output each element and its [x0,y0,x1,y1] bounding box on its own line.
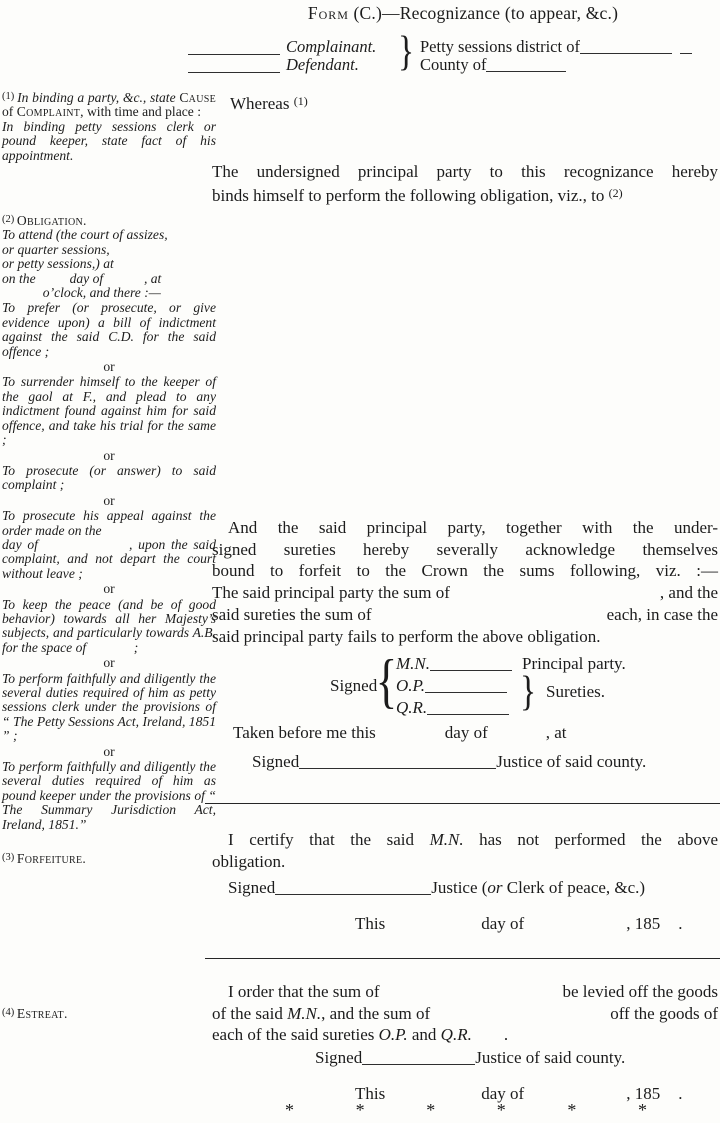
signature-block: Signed { M.N.Principal party. O.P. Q.R. … [212,654,718,724]
note-caps: Complaint [17,104,80,119]
complainant-label: Complainant. [286,37,376,57]
footnote-ref-4: (4) [2,1007,17,1018]
justice-label: Justice of said county. [475,1048,625,1067]
margin-note-estreat: (4) Estreat. [2,1006,216,1021]
year-text: , 185 [626,914,660,933]
sureties-label: Sureties. [546,682,605,702]
blank-line [486,59,566,72]
justice-label: Justice of said county. [496,752,646,771]
period-text: . [678,1084,682,1103]
surety-initials: Q.R. [441,1025,472,1044]
paragraph-text: each of the said sureties [212,1025,379,1044]
margin-note-forfeiture: (3) Forfeiture. [2,851,216,866]
right-brace-icon: } [398,28,414,76]
paragraph-text: of the said [212,1004,287,1023]
margin-note-item: To perform faithfully and diligently the… [2,672,216,744]
margin-note-item: To surrender himself to the keeper of th… [2,375,216,447]
paragraph-text: binds himself to perform the following o… [212,186,609,205]
signed-label: Signed [315,1048,362,1067]
paragraph-line: And the said principal party, together w… [212,517,718,539]
whereas-line: Whereas (1) [212,91,720,115]
paragraph-text: be levied off the goods [563,981,718,1003]
blank-line [425,680,507,693]
section-divider [205,958,720,959]
or-separator: or [2,449,216,463]
certify-paragraph: I certify that the said M.N. has not per… [212,829,718,872]
period-text: . [504,1025,508,1044]
blank-line [275,882,431,895]
blank-line [580,41,672,54]
paragraph-line: I certify that the said M.N. has not per… [212,829,718,851]
paragraph-text: each, in case the [607,604,718,626]
note-text: , with time and place : [80,104,201,119]
left-brace-icon: { [376,647,398,716]
margin-note-cause: (1) In binding a party, &c., state Cause… [2,90,216,163]
estreat-paragraph: I order that the sum ofbe levied off the… [212,981,718,1046]
margin-note-item: To prefer (or prosecute, or give evidenc… [2,301,216,359]
paragraph-line: The undersigned principal party to this … [212,161,718,183]
form-title-rest: (C.)—Recognizance (to appear, &c.) [349,3,618,23]
paragraph-text: I certify that the said [228,830,430,849]
surety-initials: O.P. [379,1025,408,1044]
or-separator: or [2,494,216,508]
period-text: . [678,914,682,933]
blank-line [430,658,512,671]
note-text: In binding petty sessions clerk or pound… [2,120,216,163]
footnote-ref-2: (2) [2,214,17,225]
paragraph-line: The said principal party the sum of, and… [212,582,718,604]
surety-initials: Q.R. [396,698,427,717]
paragraph-line: each of the said sureties O.P. and Q.R.. [212,1024,718,1046]
paragraph-text: The said principal party the sum of [212,582,450,604]
signed-clerk-line: SignedJustice (or Clerk of peace, &c.) [212,877,720,899]
paragraph-line: of the said M.N., and the sum ofoff the … [212,1003,718,1025]
asterisk-glyph: * [497,1100,506,1121]
or-separator: or [2,360,216,374]
obligation-paragraph: The undersigned principal party to this … [212,161,718,206]
day-of-text: day of [445,723,488,742]
signed-label: Signed [228,878,275,897]
section-divider [205,803,720,804]
footnote-ref-2: (2) [609,186,623,200]
margin-note-line: o’clock, and there :— [2,286,216,300]
signed-justice-line: SignedJustice of said county. [212,751,720,773]
this-text: This [355,914,385,933]
blank-line [188,42,280,55]
blank-line [680,41,692,54]
paragraph-text: has not performed the above [464,830,718,849]
note-heading: Estreat. [17,1006,68,1021]
signed-label: Signed [330,676,377,696]
or-separator: or [2,582,216,596]
paragraph-text: said sureties the sum of [212,604,372,626]
paragraph-line: binds himself to perform the following o… [212,183,718,207]
signature-row: M.N.Principal party. [396,654,626,676]
paragraph-line: said principal party fails to perform th… [212,626,718,648]
date-line: Thisday of, 185. [212,913,720,935]
margin-note-line: on the day of , at [2,272,216,286]
paragraph-line: I order that the sum ofbe levied off the… [212,981,718,1003]
paragraph-text: and [408,1025,441,1044]
asterisk-glyph: * [426,1100,435,1121]
county-line: County of [420,55,566,75]
asterisk-glyph: * [638,1100,647,1121]
surety-initials: O.P. [396,676,425,695]
sums-paragraph: And the said principal party, together w… [212,517,718,647]
scanned-form-page: Form (C.)—Recognizance (to appear, &c.) … [0,0,720,1123]
footnote-ref-1: (1) [294,94,308,108]
margin-note-line: or petty sessions,) at [2,257,216,271]
footnote-ref-3: (3) [2,852,17,863]
or-separator: or [2,656,216,670]
note-heading: Forfeiture. [17,851,86,866]
principal-initials: M.N. [396,654,430,673]
obligation-heading: (2) Obligation. [2,213,216,228]
margin-note-item: To prosecute (or answer) to said complai… [2,464,216,493]
asterisk-glyph: * [285,1100,294,1121]
blank-line [427,702,509,715]
paragraph-line: bound to forfeit to the Crown the sums f… [212,560,718,582]
paragraph-text: , and the [660,582,718,604]
whereas-word: Whereas [230,94,294,113]
principal-initials: M.N. [430,830,464,849]
obligation-alternatives: or To surrender himself to the keeper of… [2,360,216,832]
principal-party-label: Principal party. [522,654,626,673]
signed-label: Signed [252,752,299,771]
principal-initials: M.N. [287,1004,321,1023]
paragraph-line: said sureties the sum ofeach, in case th… [212,604,718,626]
or-word: or [487,878,502,897]
taken-before-line: Taken before me thisday of, at [212,722,720,744]
paragraph-text: , and the sum of [321,1004,430,1023]
day-of-text: day of [481,914,524,933]
paragraph-line: obligation. [212,851,718,873]
form-word: Form [308,3,349,23]
blank-line [299,756,496,769]
paragraph-text: of the said M.N., and the sum of [212,1003,430,1025]
defendant-label: Defendant. [286,55,359,75]
at-text: , at [546,723,567,742]
note-heading: Obligation. [17,213,87,228]
asterisk-glyph: * [356,1100,365,1121]
paragraph-line: signed sureties hereby severally acknowl… [212,539,718,561]
note-text: In binding a party, &c., state [17,90,179,105]
justice-label: Justice ( [431,878,487,897]
district-label: Petty sessions district of [420,37,580,56]
margin-note-line: or quarter sessions, [2,243,216,257]
paragraph-text: I order that the sum of [212,981,380,1003]
margin-note-item: To perform faithfully and diligently the… [2,760,216,832]
county-label: County of [420,55,486,74]
taken-text: Taken before me this [233,723,376,742]
note-text: of [2,104,17,119]
form-title: Form (C.)—Recognizance (to appear, &c.) [210,3,716,24]
blank-line [188,60,280,73]
justice-label: Clerk of peace, &c.) [503,878,646,897]
paragraph-text: off the goods of [610,1003,718,1025]
blank-line [362,1052,475,1065]
attend-lines: To attend (the court of assizes,or quart… [2,228,216,300]
margin-note-obligation: (2) Obligation. To attend (the court of … [2,213,216,832]
footnote-ref-1: (1) [2,91,17,102]
margin-note-item: To keep the peace (and be of good behavi… [2,598,216,656]
or-separator: or [2,745,216,759]
district-line: Petty sessions district of [420,37,692,57]
note-caps: Cause [179,90,216,105]
signed-justice-line: SignedJustice of said county. [212,1047,720,1069]
margin-note-item: To prosecute his appeal against the orde… [2,509,216,581]
margin-note-line: To attend (the court of assizes, [2,228,216,242]
right-brace-icon: } [520,668,536,716]
asterisk-glyph: * [567,1100,576,1121]
asterisk-row: ****** [285,1100,647,1121]
